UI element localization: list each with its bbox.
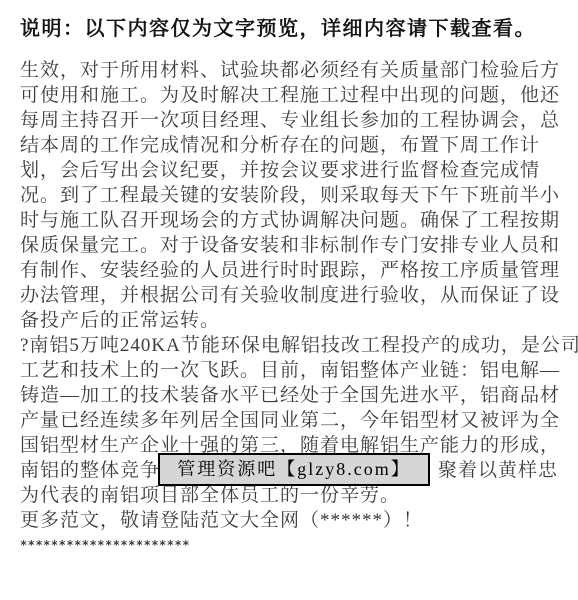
trailing-marks: ********************** <box>20 533 578 558</box>
text-line: 铸造—加工的技术装备水平已经处于全国先进水平，铝商品材 <box>20 383 578 408</box>
text-line: 时与施工队召开现场会的方式协调解决问题。确保了工程按期 <box>20 208 578 233</box>
text-line: 备投产后的正常运转。 <box>20 308 578 333</box>
text-line-right: 聚着以黄样忠 <box>438 458 558 483</box>
text-line: 有制作、安装经验的人员进行时时跟踪，严格按工序质量管理 <box>20 258 578 283</box>
preview-notice: 说明：以下内容仅为文字预览，详细内容请下载查看。 <box>0 0 578 43</box>
text-line: 工艺和技术上的一次飞跃。目前，南铝整体产业链：铝电解— <box>20 358 578 383</box>
text-line: ?南铝5万吨240KA节能环保电解铝技改工程投产的成功，是公司 <box>20 333 578 358</box>
footer-line: 更多范文，敬请登陆范文大全网（******）！ <box>20 508 578 533</box>
text-line: 况。到了工程最关键的安装阶段，则采取每天下午下班前半小 <box>20 183 578 208</box>
text-line: 生效，对于所用材料、试验块都必须经有关质量部门检验后方 <box>20 58 578 83</box>
watermark-line: 南铝的整体竞争 管理资源吧【glzy8.com】 聚着以黄样忠 <box>20 458 578 483</box>
text-line: 产量已经连续多年列居全国同业第二，今年铝型材又被评为全 <box>20 408 578 433</box>
text-line: 划，会后写出会议纪要，并按会议要求进行监督检查完成情 <box>20 158 578 183</box>
text-line: 为代表的南铝项目部全体员工的一份辛劳。 <box>20 483 578 508</box>
watermark-text: 管理资源吧【glzy8.com】 <box>177 459 410 479</box>
text-line: 办法管理，并根据公司有关验收制度进行验收，从而保证了设 <box>20 283 578 308</box>
text-line: 每周主持召开一次项目经理、专业组长参加的工程协调会，总 <box>20 108 578 133</box>
text-line-left: 南铝的整体竞争 <box>20 460 160 481</box>
watermark-stamp: 管理资源吧【glzy8.com】 <box>158 453 430 486</box>
document-body: 生效，对于所用材料、试验块都必须经有关质量部门检验后方 可使用和施工。为及时解决… <box>20 58 578 558</box>
text-line: 保质保量完工。对于设备安装和非标制作专门安排专业人员和 <box>20 233 578 258</box>
text-line: 可使用和施工。为及时解决工程施工过程中出现的问题，他还 <box>20 83 578 108</box>
document-preview-page: 说明：以下内容仅为文字预览，详细内容请下载查看。 生效，对于所用材料、试验块都必… <box>0 0 578 600</box>
text-line: 结本周的工作完成情况和分析存在的问题，布置下周工作计 <box>20 133 578 158</box>
